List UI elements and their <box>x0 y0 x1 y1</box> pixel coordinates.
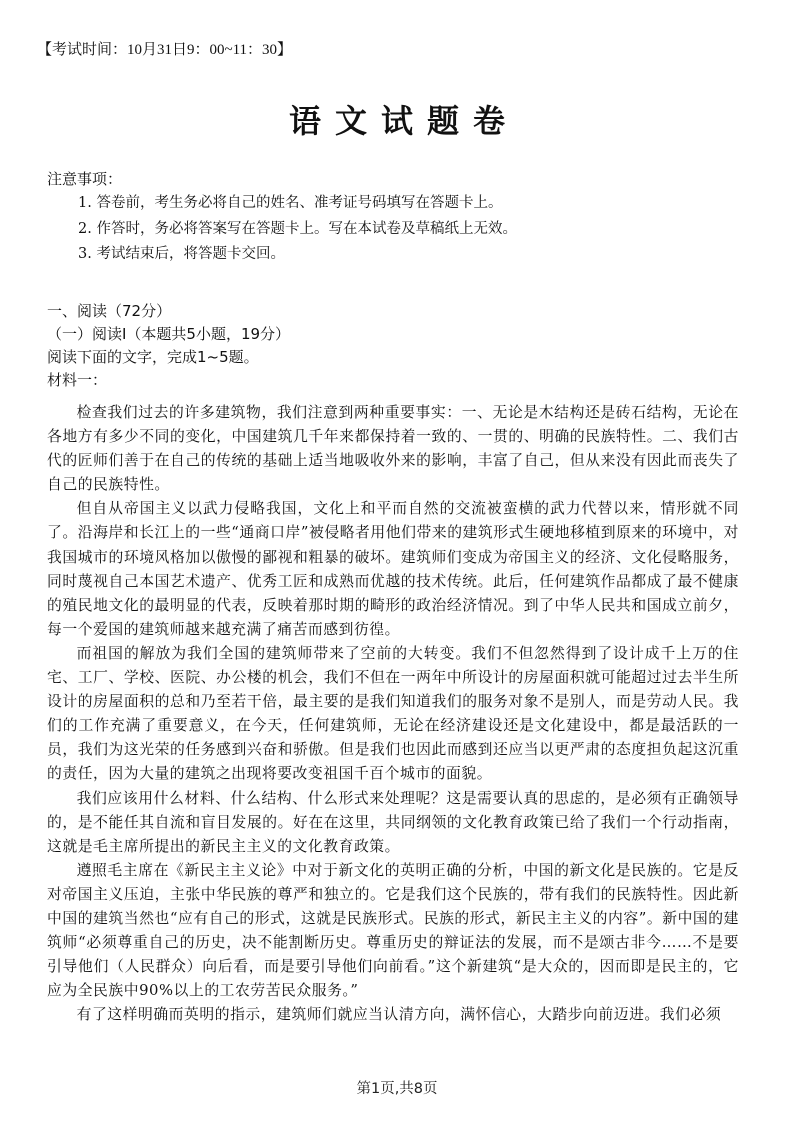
paragraph: 检查我们过去的许多建筑物，我们注意到两种重要事实：一、无论是木结构还是砖石结构，… <box>47 401 739 497</box>
paragraph: 我们应该用什么材料、什么结构、什么形式来处理呢？这是需要认真的思虑的，是必须有正… <box>47 787 739 859</box>
instruction: 阅读下面的文字，完成1~5题。 <box>47 347 290 370</box>
passage-body: 检查我们过去的许多建筑物，我们注意到两种重要事实：一、无论是木结构还是砖石结构，… <box>47 401 739 1027</box>
page-indicator: 第1页,共8页 <box>0 1077 794 1098</box>
part-title: 一、阅读（72分） <box>47 301 290 324</box>
reading-section-header: 一、阅读（72分） （一）阅读Ⅰ（本题共5小题，19分） 阅读下面的文字，完成1… <box>47 301 290 393</box>
notice-item: 2. 作答时，务必将答案写在答题卡上。写在本试卷及草稿纸上无效。 <box>78 219 517 245</box>
paragraph: 有了这样明确而英明的指示，建筑师们就应当认清方向，满怀信心，大踏步向前迈进。我们… <box>47 1003 739 1027</box>
paragraph: 遵照毛主席在《新民主主义论》中对于新文化的英明正确的分析，中国的新文化是民族的。… <box>47 859 739 1004</box>
page-title: 语文试题卷 <box>0 96 794 142</box>
notice-item: 3. 考试结束后，将答题卡交回。 <box>78 244 517 270</box>
notice-heading: 注意事项： <box>47 168 122 189</box>
material-label: 材料一： <box>47 370 290 393</box>
paragraph: 但自从帝国主义以武力侵略我国，文化上和平而自然的交流被蛮横的武力代替以来，情形就… <box>47 497 739 642</box>
exam-time: 【考试时间：10月31日9：00~11：30】 <box>37 38 292 59</box>
paragraph: 而祖国的解放为我们全国的建筑师带来了空前的大转变。我们不但忽然得到了设计成千上万… <box>47 642 739 787</box>
sub-title: （一）阅读Ⅰ（本题共5小题，19分） <box>47 324 290 347</box>
notice-item: 1. 答卷前，考生务必将自己的姓名、准考证号码填写在答题卡上。 <box>78 193 517 219</box>
notice-list: 1. 答卷前，考生务必将自己的姓名、准考证号码填写在答题卡上。 2. 作答时，务… <box>78 193 517 270</box>
